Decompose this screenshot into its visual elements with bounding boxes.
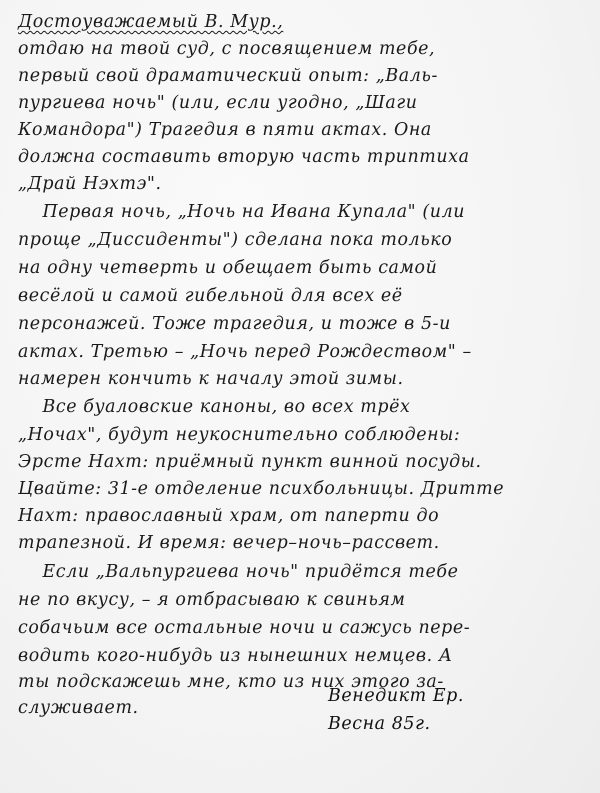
letter-line: Командора") Трагедия в пяти актах. Она [18, 118, 432, 142]
letter-line: не по вкусу, – я отбрасываю к свиньям [18, 588, 406, 612]
letter-line: собачьим все остальные ночи и сажусь пер… [18, 616, 470, 640]
signature-date: Весна 85г. [328, 712, 431, 736]
letter-line: отдаю на твой суд, с посвящением тебе, [18, 37, 435, 61]
letter-line: водить кого-нибудь из нынешних немцев. А [18, 644, 453, 668]
letter-line: на одну четверть и обещает быть самой [18, 256, 437, 280]
letter-line: „Драй Нэхтэ". [18, 172, 162, 196]
letter-line: весёлой и самой гибельной для всех её [18, 284, 403, 308]
letter-page: Достоуважаемый В. Мур., отдаю на твой су… [0, 0, 600, 793]
letter-line: персонажей. Тоже трагедия, и тоже в 5-и [18, 312, 451, 336]
letter-line: Цвайте: 31-е отделение психбольницы. Дри… [18, 477, 504, 501]
letter-line: первый свой драматический опыт: „Валь- [18, 64, 438, 88]
letter-line: должна составить вторую часть триптиха [18, 145, 470, 169]
letter-line: проще „Диссиденты") сделана пока только [18, 228, 452, 252]
signature-name: Венедикт Ер. [328, 684, 464, 708]
letter-line: Первая ночь, „Ночь на Ивана Купала" (или [18, 200, 465, 224]
letter-line: Если „Вальпургиева ночь" придётся тебе [18, 560, 459, 584]
salutation: Достоуважаемый В. Мур., [18, 10, 283, 34]
letter-line: Эрсте Нахт: приёмный пункт винной посуды… [18, 450, 482, 474]
letter-line: служивает. [18, 696, 139, 720]
letter-line: трапезной. И время: вечер–ночь–рассвет. [18, 531, 440, 555]
letter-line: Все буаловские каноны, во всех трёх [18, 395, 410, 419]
letter-line: Нахт: православный храм, от паперти до [18, 504, 439, 528]
letter-line: пургиева ночь" (или, если угодно, „Шаги [18, 91, 418, 115]
letter-line: актах. Третью – „Ночь перед Рождеством" … [18, 340, 472, 364]
letter-line: „Ночах", будут неукоснительно соблюдены: [18, 423, 460, 447]
letter-line: намерен кончить к началу этой зимы. [18, 367, 404, 391]
